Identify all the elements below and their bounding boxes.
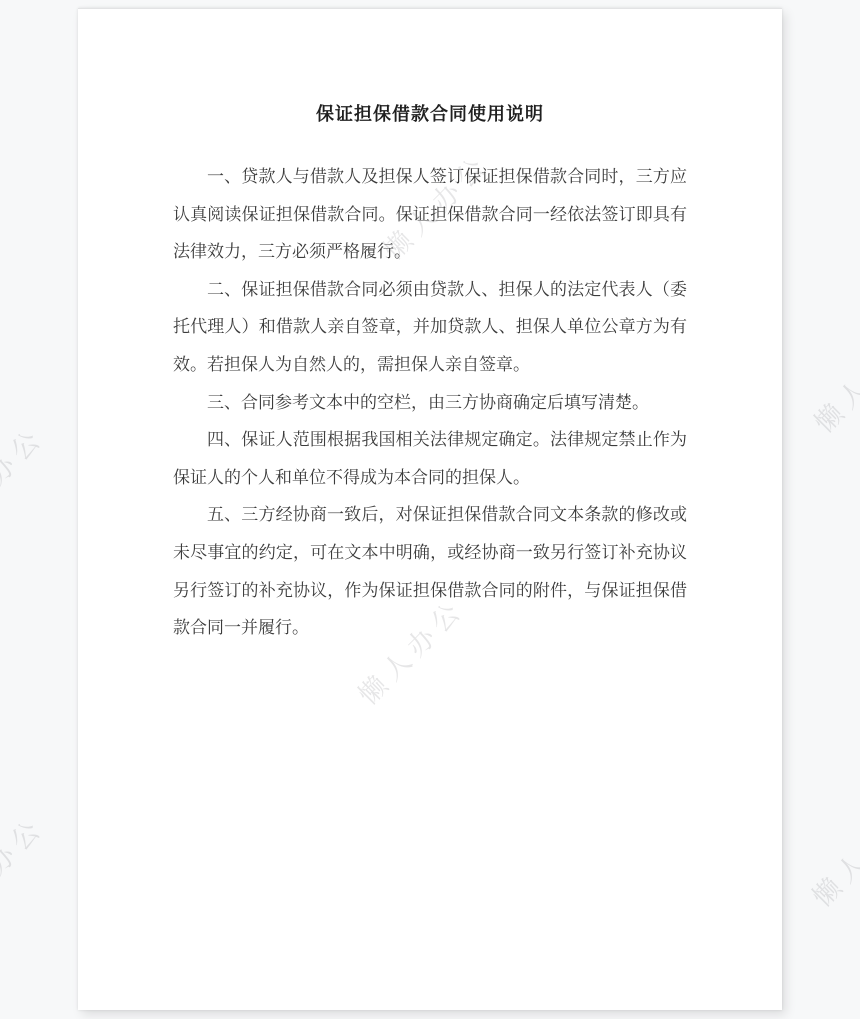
document-page: 保证担保借款合同使用说明 一、贷款人与借款人及担保人签订保证担保借款合同时，三方… [78, 8, 782, 1010]
watermark-text: 懒人办公 [0, 806, 52, 930]
paragraph-1: 一、贷款人与借款人及担保人签订保证担保借款合同时，三方应认真阅读保证担保借款合同… [173, 158, 687, 271]
paragraph-4: 四、保证人范围根据我国相关法律规定确定。法律规定禁止作为保证人的个人和单位不得成… [173, 421, 687, 496]
document-title: 保证担保借款合同使用说明 [78, 101, 782, 127]
watermark-text: 懒人办公 [804, 316, 860, 440]
document-viewer-background: 保证担保借款合同使用说明 一、贷款人与借款人及担保人签订保证担保借款合同时，三方… [0, 0, 860, 1019]
paragraph-5: 五、三方经协商一致后，对保证担保借款合同文本条款的修改或未尽事宜的约定，可在文本… [173, 496, 687, 646]
paragraph-3: 三、合同参考文本中的空栏，由三方协商确定后填写清楚。 [173, 384, 687, 422]
watermark-text: 懒人办公 [0, 416, 52, 540]
watermark-text: 懒人办公 [802, 790, 860, 914]
document-body: 一、贷款人与借款人及担保人签订保证担保借款合同时，三方应认真阅读保证担保借款合同… [173, 158, 687, 647]
paragraph-2: 二、保证担保借款合同必须由贷款人、担保人的法定代表人（委托代理人）和借款人亲自签… [173, 271, 687, 384]
